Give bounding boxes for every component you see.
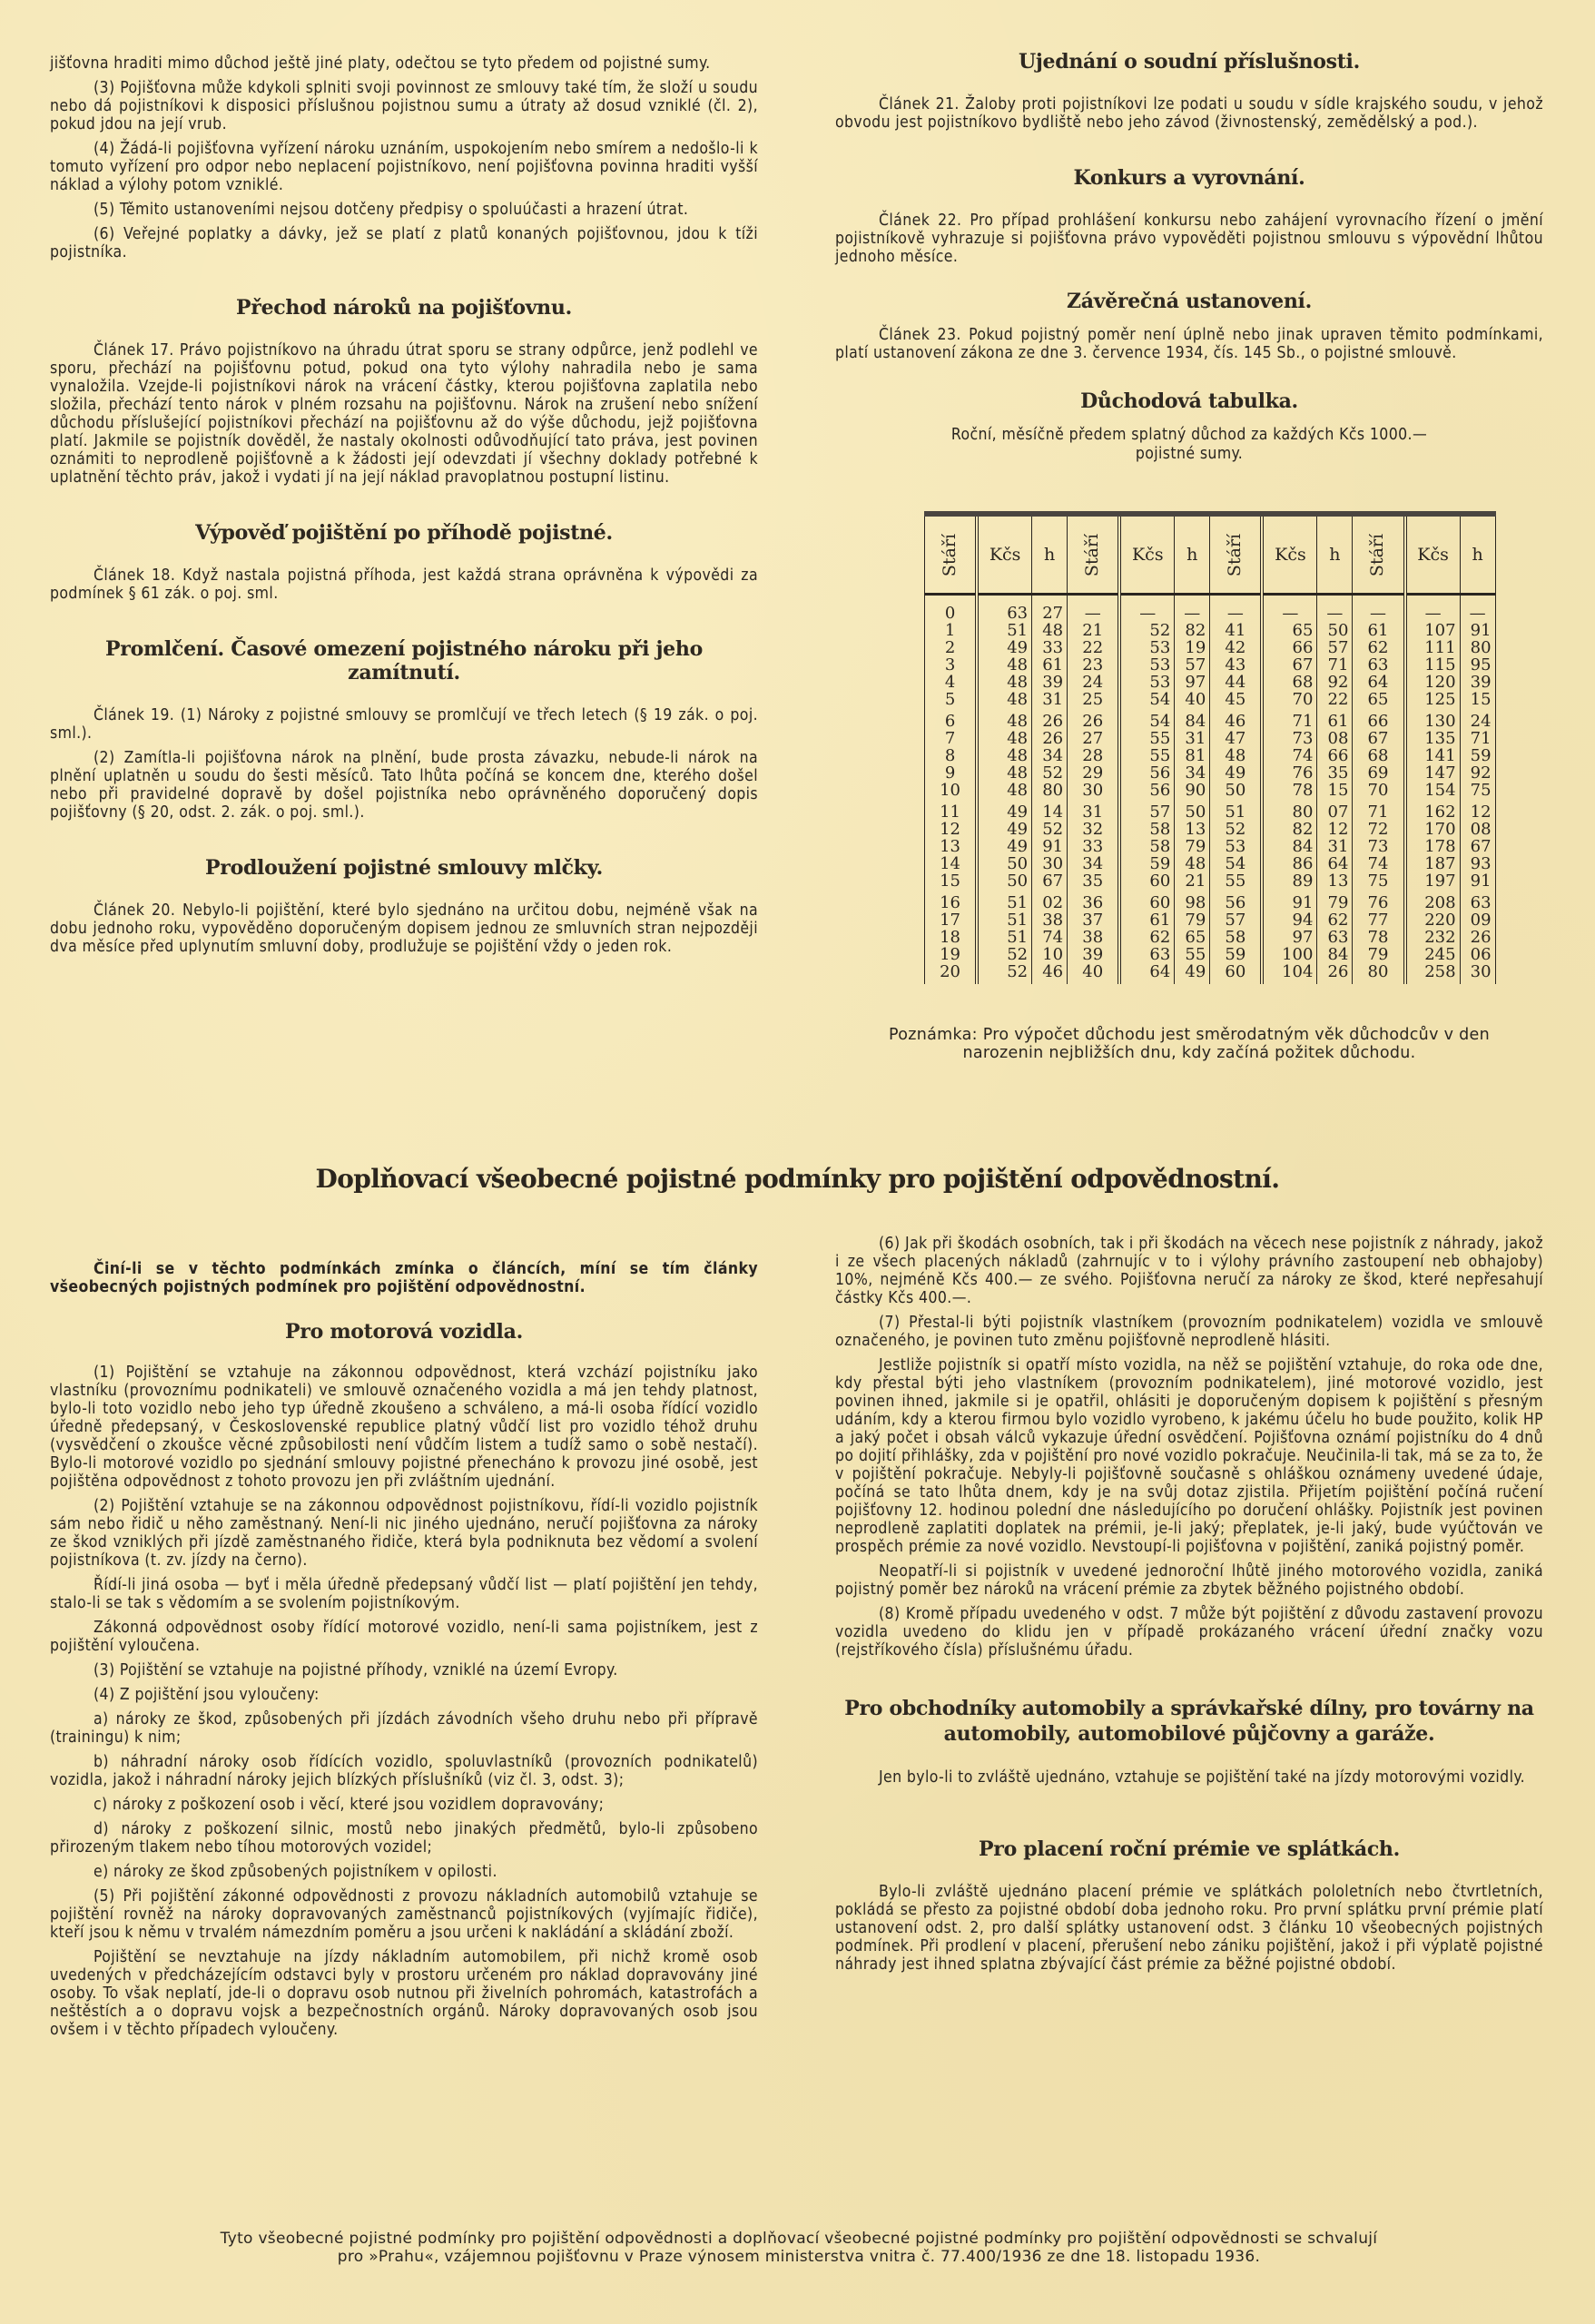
table-cell: 12 — [1317, 821, 1353, 838]
table-cell: 08 — [1460, 821, 1495, 838]
table-cell: 33 — [1068, 838, 1120, 855]
table-cell: 52 — [1032, 821, 1068, 838]
table-cell: 38 — [1032, 911, 1068, 929]
table-cell: 14 — [925, 855, 978, 872]
table-row: 1048803056905078157015475 — [925, 782, 1496, 799]
table-cell: 24 — [1460, 708, 1495, 730]
paragraph-installments: Bylo-li zvláště ujednáno placení prémie … — [835, 1883, 1543, 1974]
motor-paragraph-0: (1) Pojištění se vztahuje na zákonnou od… — [50, 1364, 758, 1491]
article-21: Článek 21. Žaloby proti pojistníkovi lze… — [835, 95, 1543, 132]
table-cell: 50 — [977, 855, 1032, 872]
table-cell: 6 — [925, 708, 978, 730]
table-cell: 8 — [925, 747, 978, 764]
table-cell: 54 — [1210, 855, 1263, 872]
table-cell: 5 — [925, 691, 978, 708]
table-cell: 30 — [1032, 855, 1068, 872]
table-cell: 80 — [1460, 639, 1495, 656]
annuity-table: StáříKčshStáříKčshStáříKčshStáříKčsh 063… — [924, 511, 1496, 984]
paragraph-3: (3) Pojišťovna může kdykoli splniti svoj… — [50, 79, 758, 133]
table-cell: 59 — [1460, 747, 1495, 764]
table-cell: 50 — [1317, 622, 1353, 639]
table-cell: 28 — [1068, 747, 1120, 764]
table-cell: 60 — [1210, 963, 1263, 984]
table-cell: 73 — [1262, 730, 1317, 747]
table-cell: 93 — [1460, 855, 1495, 872]
table-cell: 49 — [977, 821, 1032, 838]
table-cell: 67 — [1262, 656, 1317, 674]
table-cell: 34 — [1175, 764, 1210, 782]
bottom-right-column: (6) Jak při škodách osobních, tak i při … — [835, 1235, 1543, 1980]
table-cell: 79 — [1175, 911, 1210, 929]
heading-article-17: Přechod nároků na pojišťovnu. — [50, 296, 758, 320]
table-cell: 58 — [1210, 929, 1263, 946]
table-cell: 71 — [1353, 799, 1405, 821]
table-cell: 34 — [1068, 855, 1120, 872]
table-cell: 18 — [925, 929, 978, 946]
table-cell: 40 — [1068, 963, 1120, 984]
table-cell: 11 — [925, 799, 978, 821]
heading-article-20: Prodloužení pojistné smlouvy mlčky. — [50, 856, 758, 880]
right-paragraph-3: Neopatří-li si pojistník v uvedené jedno… — [835, 1562, 1543, 1599]
table-cell: 97 — [1262, 929, 1317, 946]
column-header: h — [1032, 514, 1068, 595]
table-cell: 59 — [1210, 946, 1263, 963]
motor-paragraph-9: d) nároky z poškození silnic, mostů nebo… — [50, 1820, 758, 1856]
column-header: h — [1175, 514, 1210, 595]
table-cell: 21 — [1068, 622, 1120, 639]
table-cell: 3 — [925, 656, 978, 674]
table-cell: 51 — [977, 911, 1032, 929]
table-cell: 57 — [1317, 639, 1353, 656]
table-cell: 58 — [1119, 838, 1175, 855]
table-cell: 74 — [1353, 855, 1405, 872]
table-cell: 245 — [1405, 946, 1461, 963]
table-row: 448392453974468926412039 — [925, 674, 1496, 691]
table-cell: 13 — [1175, 821, 1210, 838]
table-cell: 10 — [1032, 946, 1068, 963]
table-cell: — — [1262, 595, 1317, 623]
table-cell: 79 — [1317, 890, 1353, 911]
column-header: Kčs — [1119, 514, 1175, 595]
table-cell: 7 — [925, 730, 978, 747]
table-cell: 51 — [977, 622, 1032, 639]
table-cell: 197 — [1405, 872, 1461, 890]
table-cell: 20 — [925, 963, 978, 984]
footer-line-1: Tyto všeobecné pojistné podmínky pro poj… — [45, 2230, 1552, 2248]
table-cell: 31 — [1068, 799, 1120, 821]
table-cell: 22 — [1317, 691, 1353, 708]
table-heading: Důchodová tabulka. — [835, 389, 1543, 413]
article-18: Článek 18. Když nastala pojistná příhoda… — [50, 566, 758, 603]
motor-paragraph-12: Pojištění se nevztahuje na jízdy nákladn… — [50, 1948, 758, 2039]
table-header-row: StáříKčshStáříKčshStáříKčshStáříKčsh — [925, 514, 1496, 595]
motor-paragraph-5: (4) Z pojištění jsou vyloučeny: — [50, 1686, 758, 1704]
table-row: 548312554404570226512515 — [925, 691, 1496, 708]
top-left-column: jišťovna hraditi mimo důchod ještě jiné … — [50, 54, 758, 962]
table-cell: 08 — [1317, 730, 1353, 747]
table-cell: 67 — [1460, 838, 1495, 855]
table-cell: 14 — [1032, 799, 1068, 821]
right-paragraphs: (6) Jak při škodách osobních, tak i při … — [835, 1235, 1543, 1659]
table-cell: 48 — [977, 782, 1032, 799]
heading-article-22: Konkurs a vyrovnání. — [835, 166, 1543, 190]
table-cell: 154 — [1405, 782, 1461, 799]
table-cell: 19 — [925, 946, 978, 963]
column-header: h — [1317, 514, 1353, 595]
motor-paragraph-4: (3) Pojištění se vztahuje na pojistné př… — [50, 1661, 758, 1679]
table-cell: 39 — [1068, 946, 1120, 963]
column-header: h — [1460, 514, 1495, 595]
table-cell: 81 — [1175, 747, 1210, 764]
table-cell: 76 — [1353, 890, 1405, 911]
table-cell: 61 — [1119, 911, 1175, 929]
table-cell: 57 — [1119, 799, 1175, 821]
table-cell: 92 — [1460, 764, 1495, 782]
table-cell: 89 — [1262, 872, 1317, 890]
table-cell: 74 — [1262, 747, 1317, 764]
table-cell: 147 — [1405, 764, 1461, 782]
table-cell: 178 — [1405, 838, 1461, 855]
table-cell: 50 — [977, 872, 1032, 890]
table-cell: 38 — [1068, 929, 1120, 946]
table-cell: 63 — [977, 595, 1032, 623]
table-cell: 75 — [1353, 872, 1405, 890]
table-cell: 73 — [1353, 838, 1405, 855]
table-cell: 31 — [1175, 730, 1210, 747]
table-cell: 48 — [977, 691, 1032, 708]
table-cell: 52 — [977, 963, 1032, 984]
column-header: Stáří — [1210, 514, 1263, 595]
table-cell: 47 — [1210, 730, 1263, 747]
table-cell: 91 — [1262, 890, 1317, 911]
table-row: 151482152824165506110791 — [925, 622, 1496, 639]
table-subtitle-1: Roční, měsíčně předem splatný důchod za … — [835, 426, 1543, 445]
table-cell: 65 — [1262, 622, 1317, 639]
table-cell: 17 — [925, 911, 978, 929]
table-cell: 51 — [977, 890, 1032, 911]
table-cell: — — [1353, 595, 1405, 623]
table-cell: 100 — [1262, 946, 1317, 963]
table-cell: 26 — [1032, 730, 1068, 747]
table-cell: 54 — [1119, 691, 1175, 708]
table-cell: 30 — [1068, 782, 1120, 799]
table-cell: 91 — [1460, 872, 1495, 890]
table-cell: 208 — [1405, 890, 1461, 911]
motor-vehicles-paragraphs: (1) Pojištění se vztahuje na zákonnou od… — [50, 1364, 758, 2039]
table-cell: 15 — [1460, 691, 1495, 708]
table-cell: 141 — [1405, 747, 1461, 764]
heading-installments: Pro placení roční prémie ve splátkách. — [835, 1837, 1543, 1861]
table-cell: 232 — [1405, 929, 1461, 946]
motor-paragraph-2: Řídí-li jiná osoba — byť i měla úředně p… — [50, 1576, 758, 1612]
table-cell: 26 — [1068, 708, 1120, 730]
table-cell: 62 — [1353, 639, 1405, 656]
table-cell: 53 — [1119, 674, 1175, 691]
table-cell: 52 — [1119, 622, 1175, 639]
table-cell: 80 — [1262, 799, 1317, 821]
table-cell: 52 — [977, 946, 1032, 963]
table-cell: 78 — [1262, 782, 1317, 799]
table-cell: 64 — [1353, 674, 1405, 691]
table-row: 748262755314773086713571 — [925, 730, 1496, 747]
table-cell: 12 — [1460, 799, 1495, 821]
table-cell: 4 — [925, 674, 978, 691]
table-cell: 170 — [1405, 821, 1461, 838]
table-cell: 64 — [1119, 963, 1175, 984]
table-cell: 78 — [1353, 929, 1405, 946]
table-cell: 120 — [1405, 674, 1461, 691]
table-cell: 63 — [1353, 656, 1405, 674]
table-cell: 27 — [1068, 730, 1120, 747]
table-cell: 70 — [1353, 782, 1405, 799]
paragraph-6: (6) Veřejné poplatky a dávky, jež se pla… — [50, 225, 758, 261]
table-cell: 57 — [1210, 911, 1263, 929]
table-cell: 63 — [1119, 946, 1175, 963]
table-cell: 44 — [1210, 674, 1263, 691]
motor-paragraph-7: b) náhradní nároky osob řídících vozidlo… — [50, 1753, 758, 1789]
table-cell: 55 — [1175, 946, 1210, 963]
table-cell: 162 — [1405, 799, 1461, 821]
table-cell: 69 — [1353, 764, 1405, 782]
motor-paragraph-11: (5) Při pojištění zákonné odpovědnosti z… — [50, 1887, 758, 1942]
table-row: 848342855814874666814159 — [925, 747, 1496, 764]
table-cell: 67 — [1353, 730, 1405, 747]
table-note-line-2: narozenin nejbližších dnu, kdy začíná po… — [835, 1044, 1543, 1062]
table-cell: 27 — [1032, 595, 1068, 623]
right-paragraph-0: (6) Jak při škodách osobních, tak i při … — [835, 1235, 1543, 1307]
table-cell: 34 — [1032, 747, 1068, 764]
table-cell: 60 — [1119, 872, 1175, 890]
table-row: 06327————————— — [925, 595, 1496, 623]
table-cell: 68 — [1353, 747, 1405, 764]
table-cell: 53 — [1119, 639, 1175, 656]
table-cell: 40 — [1175, 691, 1210, 708]
table-cell: 82 — [1175, 622, 1210, 639]
table-cell: 79 — [1353, 946, 1405, 963]
table-cell: 49 — [1210, 764, 1263, 782]
table-cell: 25 — [1068, 691, 1120, 708]
table-cell: 50 — [1175, 799, 1210, 821]
table-cell: 107 — [1405, 622, 1461, 639]
table-cell: 104 — [1262, 963, 1317, 984]
table-cell: 63 — [1460, 890, 1495, 911]
table-cell: 46 — [1210, 708, 1263, 730]
table-cell: 98 — [1175, 890, 1210, 911]
table-cell: 63 — [1317, 929, 1353, 946]
table-cell: 84 — [1175, 708, 1210, 730]
table-cell: 97 — [1175, 674, 1210, 691]
table-cell: 24 — [1068, 674, 1120, 691]
table-cell: 41 — [1210, 622, 1263, 639]
table-cell: 13 — [1317, 872, 1353, 890]
table-cell: 58 — [1119, 821, 1175, 838]
table-cell: 49 — [977, 799, 1032, 821]
table-cell: 48 — [977, 730, 1032, 747]
article-23: Článek 23. Pokud pojistný poměr není úpl… — [835, 326, 1543, 362]
table-cell: 53 — [1210, 838, 1263, 855]
table-cell: 56 — [1210, 890, 1263, 911]
table-cell: 61 — [1317, 708, 1353, 730]
top-right-column: Ujednání o soudní příslušnosti. Článek 2… — [835, 50, 1543, 1062]
table-cell: 49 — [977, 838, 1032, 855]
table-row: 20524640644960104268025830 — [925, 963, 1496, 984]
table-cell: — — [1405, 595, 1461, 623]
table-cell: 55 — [1210, 872, 1263, 890]
table-cell: 10 — [925, 782, 978, 799]
table-cell: 51 — [1210, 799, 1263, 821]
table-cell: 06 — [1460, 946, 1495, 963]
column-header: Stáří — [1068, 514, 1120, 595]
table-cell: 71 — [1460, 730, 1495, 747]
table-cell: 70 — [1262, 691, 1317, 708]
table-cell: 65 — [1353, 691, 1405, 708]
table-cell: 91 — [1032, 838, 1068, 855]
table-note-line-1: Poznámka: Pro výpočet důchodu jest směro… — [835, 1026, 1543, 1044]
table-cell: 26 — [1032, 708, 1068, 730]
table-cell: 80 — [1032, 782, 1068, 799]
table-row: 1450303459485486647418793 — [925, 855, 1496, 872]
table-cell: 48 — [1032, 622, 1068, 639]
table-cell: 36 — [1068, 890, 1120, 911]
table-cell: 43 — [1210, 656, 1263, 674]
table-cell: 19 — [1175, 639, 1210, 656]
table-note: Poznámka: Pro výpočet důchodu jest směro… — [835, 1026, 1543, 1062]
table-cell: 92 — [1317, 674, 1353, 691]
table-row: 1851743862655897637823226 — [925, 929, 1496, 946]
table-cell: 22 — [1068, 639, 1120, 656]
table-cell: 9 — [925, 764, 978, 782]
article-20: Článek 20. Nebylo-li pojištění, které by… — [50, 901, 758, 956]
table-cell: 35 — [1317, 764, 1353, 782]
table-cell: 35 — [1068, 872, 1120, 890]
column-header: Stáří — [1353, 514, 1405, 595]
paragraph-continuation: jišťovna hraditi mimo důchod ještě jiné … — [50, 54, 758, 73]
table-cell: 66 — [1353, 708, 1405, 730]
table-cell: 94 — [1262, 911, 1317, 929]
table-cell: 1 — [925, 622, 978, 639]
column-header: Kčs — [1405, 514, 1461, 595]
footer-line-2: pro »Prahu«, vzájemnou pojišťovnu v Praz… — [45, 2248, 1552, 2266]
table-cell: 33 — [1032, 639, 1068, 656]
table-cell: 31 — [1317, 838, 1353, 855]
table-cell: 64 — [1317, 855, 1353, 872]
table-cell: 68 — [1262, 674, 1317, 691]
heading-dealers: Pro obchodníky automobily a správkařské … — [835, 1696, 1543, 1747]
table-cell: 91 — [1460, 622, 1495, 639]
heading-article-19: Promlčení. Časové omezení pojistného nár… — [50, 637, 758, 684]
table-cell: 48 — [977, 747, 1032, 764]
table-cell: 187 — [1405, 855, 1461, 872]
table-cell: 48 — [977, 708, 1032, 730]
table-cell: — — [1119, 595, 1175, 623]
table-cell: 23 — [1068, 656, 1120, 674]
table-cell: 61 — [1032, 656, 1068, 674]
table-cell: 66 — [1317, 747, 1353, 764]
table-row: 348612353574367716311595 — [925, 656, 1496, 674]
table-row: 1751383761795794627722009 — [925, 911, 1496, 929]
table-cell: 39 — [1032, 674, 1068, 691]
table-row: 1349913358795384317317867 — [925, 838, 1496, 855]
table-cell: 15 — [925, 872, 978, 890]
intro-note: Činí-li se v těchto podmínkách zmínka o … — [50, 1260, 758, 1296]
table-cell: 15 — [1317, 782, 1353, 799]
table-cell: 13 — [925, 838, 978, 855]
table-cell: 61 — [1353, 622, 1405, 639]
table-cell: 86 — [1262, 855, 1317, 872]
table-cell: 54 — [1119, 708, 1175, 730]
paragraph-4: (4) Žádá-li pojišťovna vyřízení nároku u… — [50, 140, 758, 194]
table-cell: 84 — [1262, 838, 1317, 855]
motor-paragraph-10: e) nároky ze škod způsobených pojistníke… — [50, 1863, 758, 1881]
table-cell: 49 — [1175, 963, 1210, 984]
table-cell: 39 — [1460, 674, 1495, 691]
table-cell: 12 — [925, 821, 978, 838]
table-row: 1550673560215589137519791 — [925, 872, 1496, 890]
table-cell: 48 — [1210, 747, 1263, 764]
table-cell: 37 — [1068, 911, 1120, 929]
table-cell: 67 — [1032, 872, 1068, 890]
table-cell: 42 — [1210, 639, 1263, 656]
table-row: 19521039635559100847924506 — [925, 946, 1496, 963]
table-cell: 26 — [1317, 963, 1353, 984]
table-cell: 72 — [1353, 821, 1405, 838]
table-cell: 56 — [1119, 782, 1175, 799]
table-cell: 07 — [1317, 799, 1353, 821]
motor-paragraph-3: Zákonná odpovědnost osoby řídící motorov… — [50, 1619, 758, 1655]
table-cell: 56 — [1119, 764, 1175, 782]
table-cell: 29 — [1068, 764, 1120, 782]
table-cell: 30 — [1460, 963, 1495, 984]
table-cell: 111 — [1405, 639, 1461, 656]
table-cell: 90 — [1175, 782, 1210, 799]
bottom-left-column: Činí-li se v těchto podmínkách zmínka o … — [50, 1260, 758, 2045]
table-row: 648262654844671616613024 — [925, 708, 1496, 730]
table-cell: — — [1175, 595, 1210, 623]
table-cell: 46 — [1032, 963, 1068, 984]
table-cell: — — [1210, 595, 1263, 623]
motor-paragraph-6: a) nároky ze škod, způsobených při jízdá… — [50, 1710, 758, 1747]
table-cell: 76 — [1262, 764, 1317, 782]
right-paragraph-1: (7) Přestal-li býti pojistník vlastníkem… — [835, 1314, 1543, 1350]
table-cell: 16 — [925, 890, 978, 911]
table-cell: 62 — [1119, 929, 1175, 946]
table-cell: 62 — [1317, 911, 1353, 929]
column-header: Kčs — [1262, 514, 1317, 595]
table-cell: 79 — [1175, 838, 1210, 855]
table-row: 1249523258135282127217008 — [925, 821, 1496, 838]
table-cell: 52 — [1032, 764, 1068, 782]
table-cell: 71 — [1262, 708, 1317, 730]
table-cell: 258 — [1405, 963, 1461, 984]
table-cell: 48 — [977, 764, 1032, 782]
table-cell: 95 — [1460, 656, 1495, 674]
table-cell: 82 — [1262, 821, 1317, 838]
table-cell: 2 — [925, 639, 978, 656]
table-cell: 74 — [1032, 929, 1068, 946]
paragraph-5: (5) Těmito ustanoveními nejsou dotčeny p… — [50, 201, 758, 219]
table-cell: 55 — [1119, 747, 1175, 764]
table-cell: 65 — [1175, 929, 1210, 946]
table-cell: 09 — [1460, 911, 1495, 929]
table-cell: 02 — [1032, 890, 1068, 911]
table-row: 1149143157505180077116212 — [925, 799, 1496, 821]
motor-paragraph-1: (2) Pojištění vztahuje se na zákonnou od… — [50, 1497, 758, 1570]
table-cell: 31 — [1032, 691, 1068, 708]
table-cell: 55 — [1119, 730, 1175, 747]
table-cell: 50 — [1210, 782, 1263, 799]
article-22: Článek 22. Pro případ prohlášení konkurs… — [835, 212, 1543, 266]
table-cell: 0 — [925, 595, 978, 623]
